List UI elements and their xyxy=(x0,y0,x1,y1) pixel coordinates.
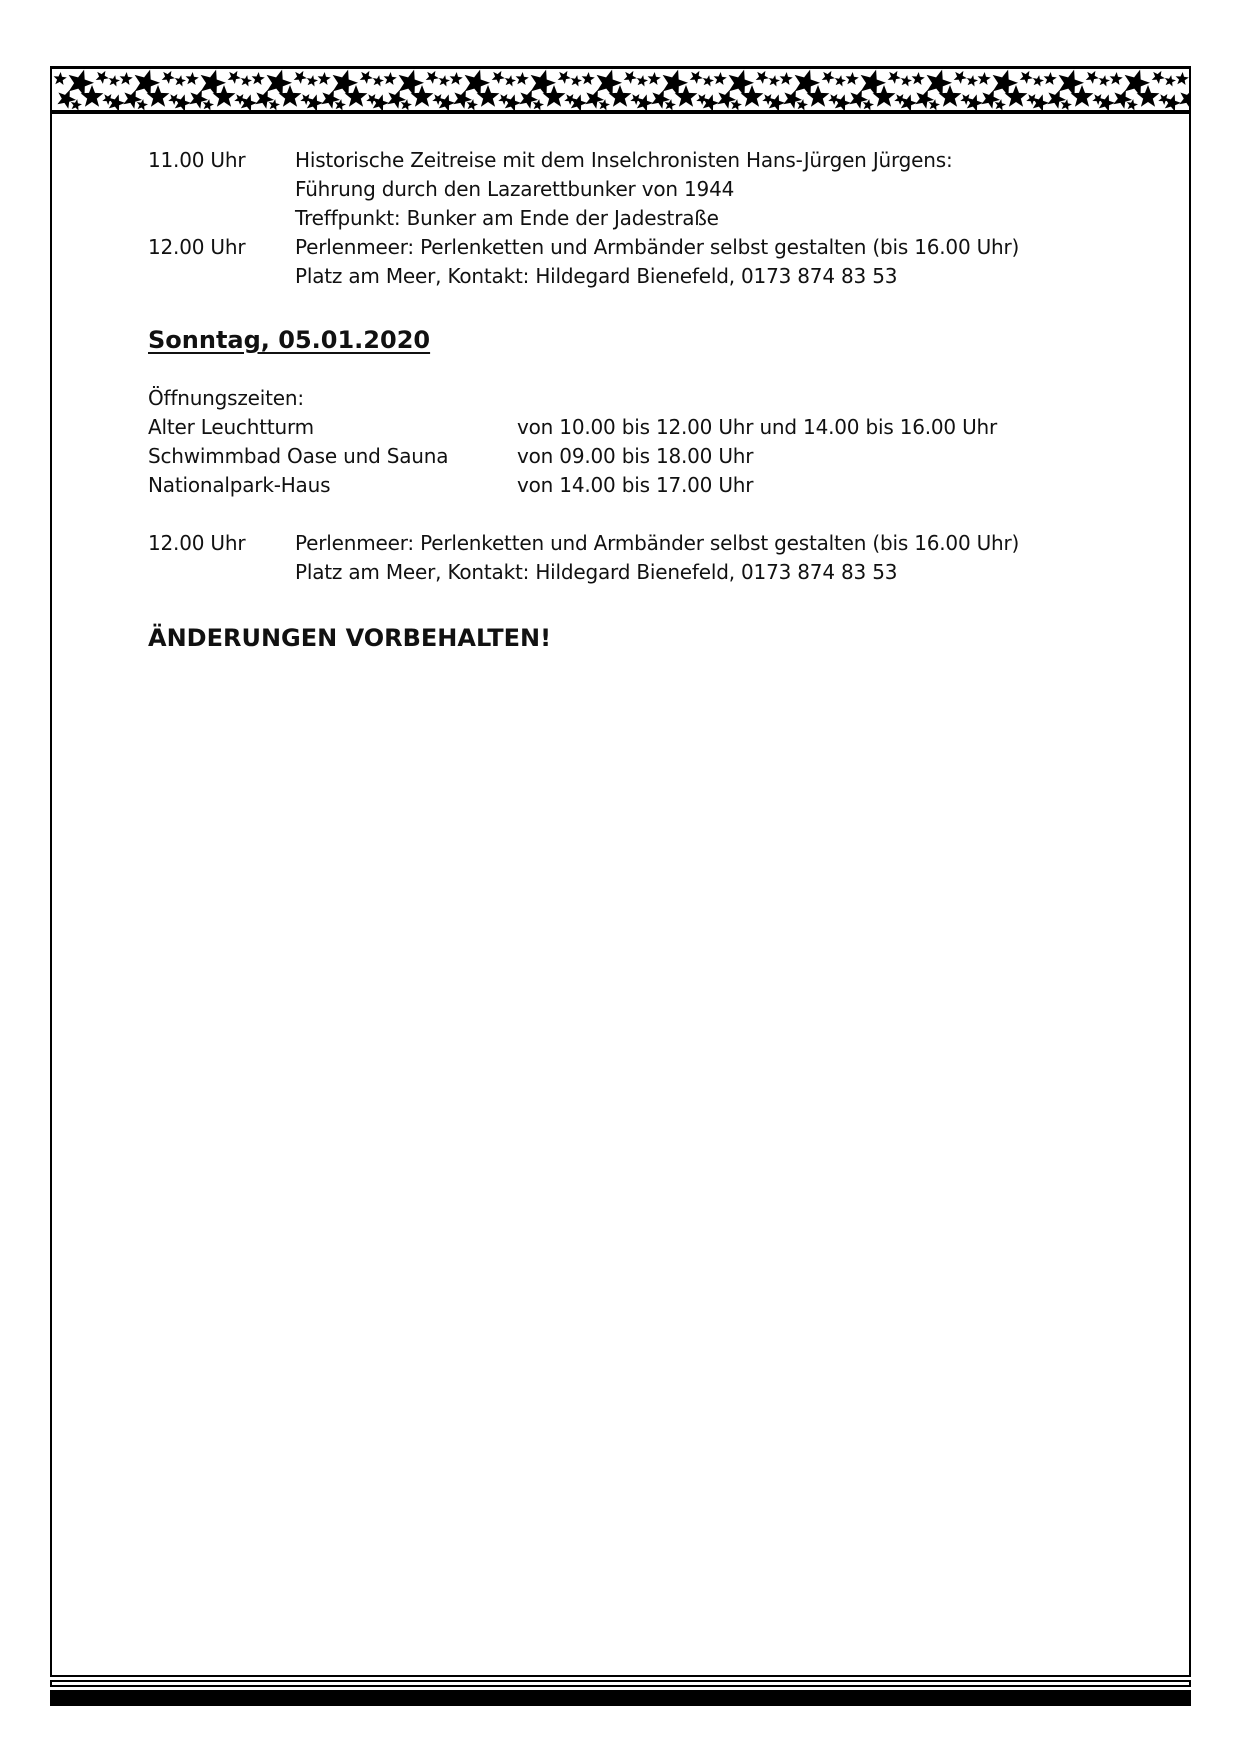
opening-hours: von 10.00 bis 12.00 Uhr und 14.00 bis 16… xyxy=(517,413,997,442)
page-frame xyxy=(50,66,1191,1677)
opening-place: Alter Leuchtturm xyxy=(148,413,314,442)
star-border-band xyxy=(50,66,1191,114)
opening-place: Nationalpark-Haus xyxy=(148,471,330,500)
event-line: Perlenmeer: Perlenketten und Armbänder s… xyxy=(295,529,1019,558)
event-line: Führung durch den Lazarettbunker von 194… xyxy=(295,175,734,204)
changes-notice: ÄNDERUNGEN VORBEHALTEN! xyxy=(148,624,551,652)
opening-hours: von 09.00 bis 18.00 Uhr xyxy=(517,442,753,471)
event-line: Historische Zeitreise mit dem Inselchron… xyxy=(295,146,953,175)
stars-pattern-icon xyxy=(52,69,1189,110)
day-heading: Sonntag, 05.01.2020 xyxy=(148,326,430,354)
event-line: Treffpunkt: Bunker am Ende der Jadestraß… xyxy=(295,204,719,233)
footer-double-line xyxy=(50,1680,1191,1687)
event-line: Platz am Meer, Kontakt: Hildegard Bienef… xyxy=(295,262,897,291)
opening-place: Schwimmbad Oase und Sauna xyxy=(148,442,448,471)
footer-black-bar xyxy=(50,1690,1191,1706)
opening-hours: von 14.00 bis 17.00 Uhr xyxy=(517,471,753,500)
event-line: Perlenmeer: Perlenketten und Armbänder s… xyxy=(295,233,1019,262)
opening-hours-label: Öffnungszeiten: xyxy=(148,384,304,413)
event-time: 12.00 Uhr xyxy=(148,529,245,558)
event-line: Platz am Meer, Kontakt: Hildegard Bienef… xyxy=(295,558,897,587)
event-time: 11.00 Uhr xyxy=(148,146,245,175)
event-time: 12.00 Uhr xyxy=(148,233,245,262)
